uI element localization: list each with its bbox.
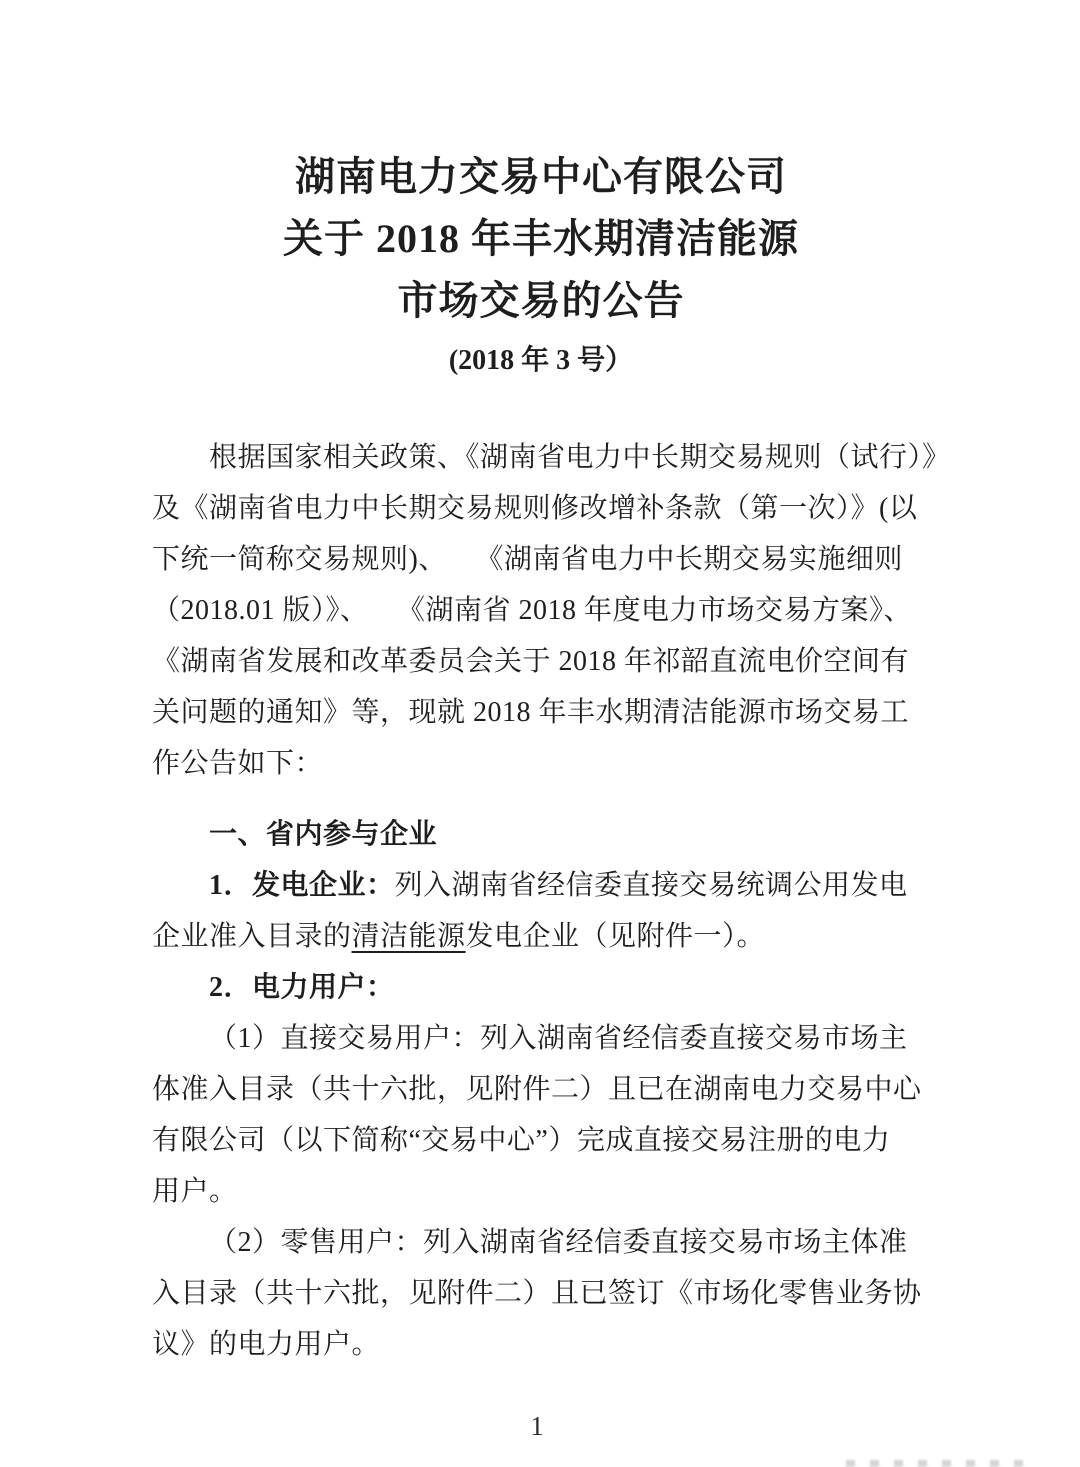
item2-sub2-line: 议》的电力用户。 xyxy=(152,1319,936,1370)
page-number: 1 xyxy=(152,1406,922,1446)
item2-label: 2．电力用户： xyxy=(152,962,936,1013)
title-line-3: 市场交易的公告 xyxy=(149,270,933,332)
title-line-2: 关于 2018 年丰水期清洁能源 xyxy=(149,208,933,270)
intro-line: 关问题的通知》等，现就 2018 年丰水期清洁能源市场交易工 xyxy=(152,687,936,738)
item2-sub1-line: 有限公司（以下简称“交易中心”）完成直接交易注册的电力 xyxy=(152,1115,936,1166)
document-body: 根据国家相关政策、《湖南省电力中长期交易规则（试行）》 及《湖南省电力中长期交易… xyxy=(152,432,936,1370)
item1-label: 1．发电企业： xyxy=(209,870,395,901)
bottom-right-scan-artifact xyxy=(846,1460,1024,1467)
intro-line: 及《湖南省电力中长期交易规则修改增补条款（第一次）》(以 xyxy=(152,483,936,534)
intro-line: 下统一简称交易规则)、 《湖南省电力中长期交易实施细则 xyxy=(152,534,936,585)
item2-sub2-line: 入目录（共十六批，见附件二）且已签订《市场化零售业务协 xyxy=(152,1268,936,1319)
item2-sub1-line: （1）直接交易用户：列入湖南省经信委直接交易市场主 xyxy=(152,1013,936,1064)
section-heading: 一、省内参与企业 xyxy=(152,809,936,860)
item1-line-1: 1．发电企业：列入湖南省经信委直接交易统调公用发电 xyxy=(152,860,936,911)
intro-line: （2018.01 版）》、 《湖南省 2018 年度电力市场交易方案》、 xyxy=(152,585,936,636)
intro-line: 《湖南省发展和改革委员会关于 2018 年祁韶直流电价空间有 xyxy=(152,636,936,687)
item1-line-2: 企业准入目录的清洁能源发电企业（见附件一）。 xyxy=(152,911,936,962)
item1-text: 列入湖南省经信委直接交易统调公用发电 xyxy=(395,870,908,901)
document-title: 湖南电力交易中心有限公司 关于 2018 年丰水期清洁能源 市场交易的公告 (2… xyxy=(149,146,933,384)
item2-sub2-line: （2）零售用户：列入湖南省经信委直接交易市场主体准 xyxy=(152,1217,936,1268)
document-page: 湖南电力交易中心有限公司 关于 2018 年丰水期清洁能源 市场交易的公告 (2… xyxy=(0,0,1080,1467)
item1-line2-pre: 企业准入目录的 xyxy=(152,921,352,952)
title-line-1: 湖南电力交易中心有限公司 xyxy=(149,146,933,208)
intro-line: 根据国家相关政策、《湖南省电力中长期交易规则（试行）》 xyxy=(152,432,936,483)
item2-sub1-line: 体准入目录（共十六批，见附件二）且已在湖南电力交易中心 xyxy=(152,1064,936,1115)
item1-line2-post: 发电企业（见附件一）。 xyxy=(466,921,766,952)
item2-sub1-line: 用户。 xyxy=(152,1166,936,1217)
doc-number: (2018 年 3 号） xyxy=(149,338,933,384)
intro-line: 作公告如下： xyxy=(152,738,936,789)
item1-underlined-text: 清洁能源 xyxy=(352,921,466,952)
